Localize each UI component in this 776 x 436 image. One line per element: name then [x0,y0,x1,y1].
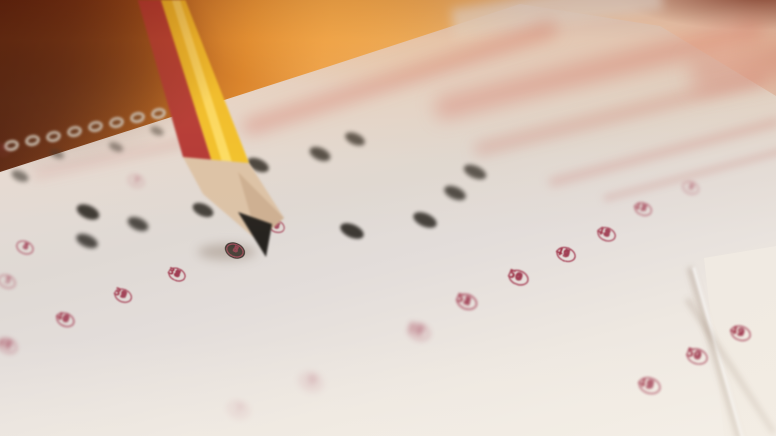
photo-scene: 3612345371234538123453912345401234541123… [0,0,776,436]
